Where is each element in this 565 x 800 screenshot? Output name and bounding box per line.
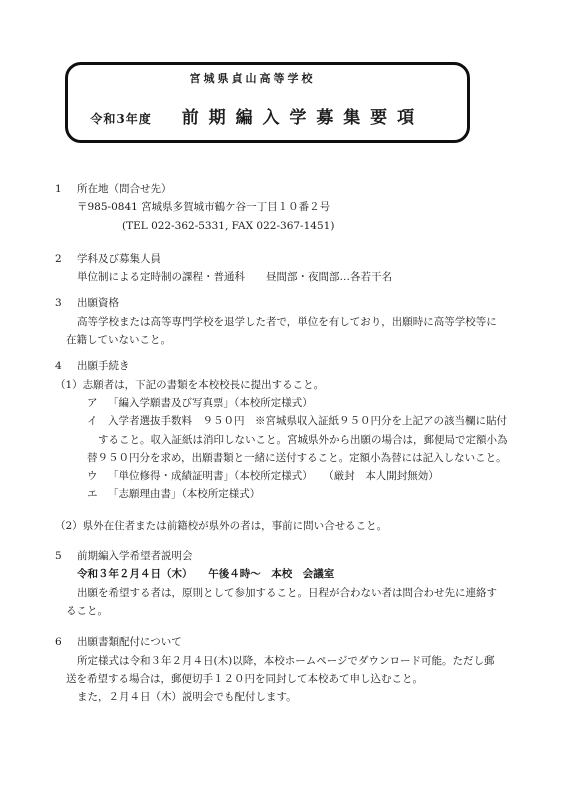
section-5-heading: 5前期編入学希望者説明会 [0, 547, 565, 565]
document-item-i-line-2: すること。収入証紙は消印しないこと。宮城県外から出願の場合は，郵便局で定額小為 [0, 431, 565, 449]
title-year-prefix: 令和3年度 [90, 112, 151, 126]
course-capacity-line: 単位制による定時制の課程・普通科 昼間部・夜間部…各若干名 [0, 268, 565, 286]
document-item-a: ア「編入学願書及び写真票」（本校所定様式） [0, 394, 565, 412]
document-page: 宮城県貞山高等学校 令和3年度前 期 編 入 学 募 集 要 項 1所在地（問合… [0, 0, 565, 800]
section-6-title: 出願書類配付について [77, 636, 182, 648]
section-3-number: 3 [55, 294, 77, 312]
document-title: 令和3年度前 期 編 入 学 募 集 要 項 [68, 106, 437, 131]
tel-fax-line: (TEL 022-362-5331, FAX 022-367-1451) [0, 217, 565, 235]
section-3-title: 出願資格 [77, 297, 119, 309]
section-2-number: 2 [55, 250, 77, 268]
section-6-number: 6 [55, 633, 77, 651]
school-name: 宮城県貞山高等学校 [68, 72, 437, 86]
procedure-item-2: （2）県外在住者または前籍校が県外の者は，事前に問い合せること。 [0, 517, 565, 535]
section-4-title: 出願手続き [77, 360, 130, 372]
item-u-label: ウ [87, 467, 108, 485]
document-body: 1所在地（問合せ先） 〒985-0841 宮城県多賀城市鶴ケ谷一丁目１０番２号 … [0, 180, 565, 706]
title-box: 宮城県貞山高等学校 令和3年度前 期 編 入 学 募 集 要 項 [65, 62, 470, 143]
item-a-label: ア [87, 394, 108, 412]
document-item-i-line-1: イ入学者選抜手数料 ９５０円 ※宮城県収入証紙９５０円分を上記アの該当欄に貼付 [0, 412, 565, 430]
briefing-note-line-2: ること。 [0, 602, 565, 620]
distribution-line-1: 所定様式は令和３年２月４日(木)以降，本校ホームページでダウンロード可能。ただし… [0, 652, 565, 670]
item-e-label: エ [87, 485, 108, 503]
item-i-label: イ [87, 412, 108, 430]
eligibility-line-2: 在籍していないこと。 [0, 331, 565, 349]
section-6-heading: 6出願書類配付について [0, 633, 565, 651]
section-4-number: 4 [55, 357, 77, 375]
section-2-heading: 2学科及び募集人員 [0, 250, 565, 268]
section-1-heading: 1所在地（問合せ先） [0, 180, 565, 198]
item-a-text: 「編入学願書及び写真票」（本校所定様式） [108, 397, 313, 409]
item-i-text: 入学者選抜手数料 ９５０円 ※宮城県収入証紙９５０円分を上記アの該当欄に貼付 [108, 415, 507, 427]
section-1-title: 所在地（問合せ先） [77, 183, 172, 195]
item-e-text: 「志願理由書」（本校所定様式） [108, 488, 260, 500]
distribution-line-3: また，２月４日（木）説明会でも配付します。 [0, 688, 565, 706]
section-5-number: 5 [55, 547, 77, 565]
section-1-number: 1 [55, 180, 77, 198]
address-line: 〒985-0841 宮城県多賀城市鶴ケ谷一丁目１０番２号 [0, 198, 565, 216]
section-2-title: 学科及び募集人員 [77, 253, 161, 265]
distribution-line-2: 送を希望する場合は，郵便切手１２０円を同封して本校あて申し込むこと。 [0, 670, 565, 688]
item-u-text: 「単位修得・成績証明書」（本校所定様式） （厳封 本人開封無効） [108, 470, 439, 482]
briefing-date-line: 令和３年２月４日（木） 午後４時～ 本校 会議室 [0, 565, 565, 583]
document-item-i-line-3: 替９５０円分を求め，出願書類と一緒に送付すること。定額小為替には記入しないこと。 [0, 449, 565, 467]
title-main-text: 前 期 編 入 学 募 集 要 項 [182, 108, 415, 128]
section-4-heading: 4出願手続き [0, 357, 565, 375]
section-5-title: 前期編入学希望者説明会 [77, 550, 193, 562]
briefing-note-line-1: 出願を希望する者は，原則として参加すること。日程が合わない者は問合わせ先に連絡す [0, 584, 565, 602]
procedure-item-1: （1）志願者は，下記の書類を本校校長に提出すること。 [0, 376, 565, 394]
document-item-e: エ「志願理由書」（本校所定様式） [0, 485, 565, 503]
eligibility-line-1: 高等学校または高等専門学校を退学した者で，単位を有しており，出願時に高等学校等に [0, 313, 565, 331]
section-3-heading: 3出願資格 [0, 294, 565, 312]
document-item-u: ウ「単位修得・成績証明書」（本校所定様式） （厳封 本人開封無効） [0, 467, 565, 485]
